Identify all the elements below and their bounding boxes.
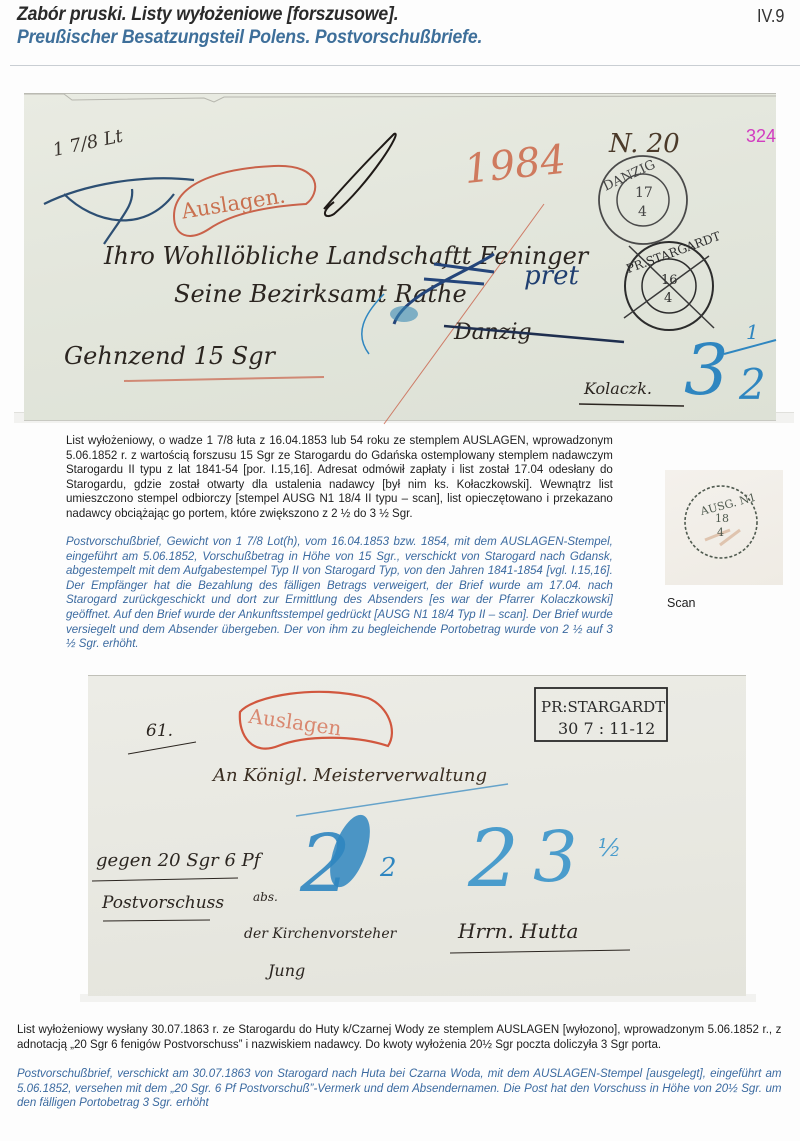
svg-text:4: 4 <box>638 204 647 220</box>
pret-mark: pret <box>524 261 579 291</box>
svg-text:17: 17 <box>635 185 653 201</box>
page-number: IV.9 <box>757 6 784 27</box>
svg-text:3: 3 <box>533 816 578 898</box>
address-line1: Ihro Wohllöbliche Landschaftt Feninger <box>103 242 590 270</box>
svg-text:PR:STARGARDT: PR:STARGARDT <box>541 698 665 716</box>
auslagen-stamp-2: Auslagen <box>240 692 392 749</box>
danzig-postmark: DANZIG 17 4 <box>599 156 687 244</box>
header-divider <box>10 65 800 66</box>
note-20sgr6pf: gegen 20 Sgr 6 Pf <box>96 850 264 871</box>
weight-marking: 1 7/8 Lt <box>51 125 126 160</box>
cover1-markings: Auslagen. 1 7/8 Lt Ihro Wohllöbliche Lan… <box>24 94 776 420</box>
blue-rate-markings: 2 2 2 3 ½ <box>296 784 621 910</box>
number-marking: N. 20 <box>608 129 680 159</box>
red-number: 1984 <box>462 137 568 193</box>
cover2-markings: Auslagen 61. PR:STARGARDT 30 7 : 11-12 A… <box>88 676 746 996</box>
svg-text:abs.: abs. <box>253 890 278 904</box>
svg-text:½: ½ <box>598 834 621 862</box>
svg-text:1: 1 <box>746 320 759 344</box>
svg-text:2: 2 <box>467 812 519 905</box>
page-title-polish: Zabór pruski. Listy wyłożeniowe [forszus… <box>17 4 398 26</box>
svg-text:Jung: Jung <box>265 961 305 980</box>
cover1-envelope-image: Auslagen. 1 7/8 Lt Ihro Wohllöbliche Lan… <box>24 94 776 420</box>
scan-thumbnail: AUSG. N1 18 4 <box>665 470 783 585</box>
cover1-description-german: Postvorschußbrief, Gewicht von 1 7/8 Lot… <box>66 534 613 651</box>
svg-text:2: 2 <box>738 360 766 409</box>
address-line3: Gehnzend 15 Sgr <box>64 342 277 370</box>
page-title-german: Preußischer Besatzungsteil Polens. Postv… <box>17 27 482 49</box>
stargardt-box-stamp: PR:STARGARDT 30 7 : 11-12 <box>535 688 667 741</box>
signature-mark: Kolaczk. <box>583 379 652 398</box>
note-postvorschuss: Postvorschuss <box>101 893 224 913</box>
auslagen-stamp: Auslagen. <box>174 166 315 236</box>
scan-postmark: AUSG. N1 18 4 <box>665 470 783 585</box>
svg-text:2: 2 <box>379 853 397 883</box>
address-line1-2: An Königl. Meisterverwaltung <box>211 765 487 786</box>
svg-text:3: 3 <box>684 329 729 411</box>
pencil-number: 324 <box>746 126 776 146</box>
sender-name: der Kirchenvorsteher <box>244 926 398 942</box>
cover2-envelope-image: Auslagen 61. PR:STARGARDT 30 7 : 11-12 A… <box>88 676 746 996</box>
cover2-description-polish: List wyłożeniowy wysłany 30.07.1863 r. z… <box>17 1022 781 1051</box>
destination-huta: Hrrn. Hutta <box>457 919 578 943</box>
cover2-description-german: Postvorschußbrief, verschickt am 30.07.1… <box>17 1066 781 1110</box>
svg-text:4: 4 <box>717 526 724 539</box>
cover1-description-polish: List wyłożeniowy, o wadze 1 7/8 łuta z 1… <box>66 433 613 521</box>
scan-label: Scan <box>667 596 696 610</box>
svg-text:4: 4 <box>664 291 672 306</box>
svg-text:Auslagen: Auslagen <box>246 704 343 741</box>
number-marking-2: 61. <box>146 721 173 741</box>
svg-text:30 7 : 11-12: 30 7 : 11-12 <box>558 719 655 738</box>
blue-rate-marking: 3 1 2 <box>684 320 776 411</box>
svg-text:18: 18 <box>715 512 729 525</box>
